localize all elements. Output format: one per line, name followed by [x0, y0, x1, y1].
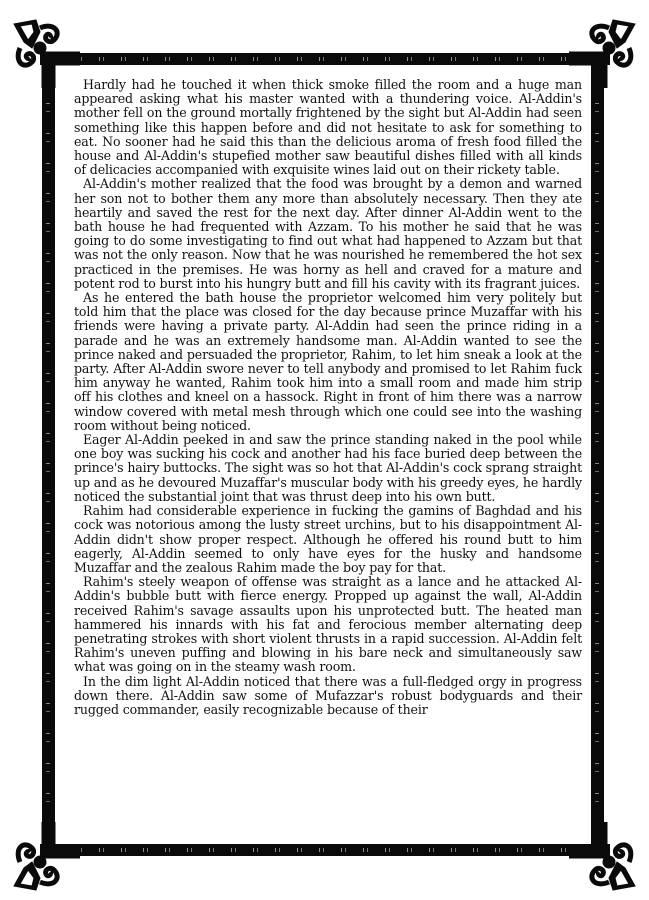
paragraph: Eager Al-Addin peeked in and saw the pri…: [74, 433, 582, 504]
frame-top-border: [40, 53, 610, 65]
page: Hardly had he touched it when thick smok…: [0, 0, 649, 900]
paragraph: Hardly had he touched it when thick smok…: [74, 78, 582, 177]
frame-left-border: [42, 55, 55, 855]
paragraph: Rahim's steely weapon of offense was str…: [74, 575, 582, 674]
paragraph: In the dim light Al-Addin noticed that t…: [74, 675, 582, 718]
fleur-de-lis-corner-icon: [10, 822, 80, 892]
paragraph: Rahim had considerable experience in fuc…: [74, 504, 582, 575]
fleur-de-lis-corner-icon: [10, 18, 80, 88]
body-text: Hardly had he touched it when thick smok…: [74, 78, 582, 717]
frame-right-border: [591, 55, 604, 855]
fleur-de-lis-corner-icon: [569, 822, 639, 892]
paragraph: As he entered the bath house the proprie…: [74, 291, 582, 433]
frame-bottom-border: [40, 844, 610, 856]
paragraph: Al-Addin's mother realized that the food…: [74, 177, 582, 291]
